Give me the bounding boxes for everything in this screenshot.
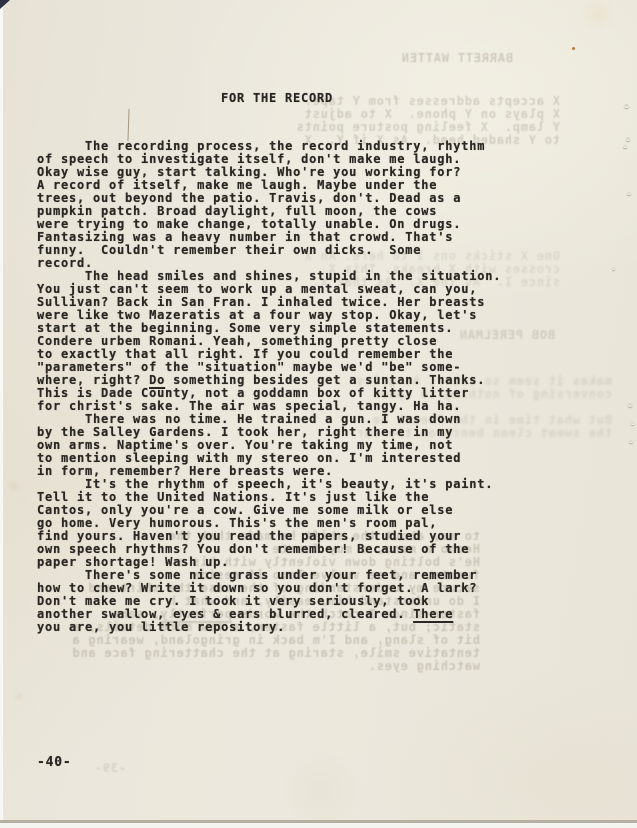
dust-speck [624,104,629,108]
dust-speck [628,403,632,407]
bleedthrough-line: bit of slang, and I'm back in gringoland… [68,634,480,647]
paper-fiber-mark [127,109,129,141]
paper-sheet: BARRETT WATTENX accepts addresses from Y… [0,0,637,822]
bleedthrough-line: X plays on Y phone. X to adjust [275,108,560,121]
dust-speck [623,145,627,148]
bleedthrough-line: watching eyes. [68,660,480,673]
dust-speck [629,440,633,443]
bleedthrough-line: Y lamp. X feeling posture points [275,121,560,134]
dust-speck [612,267,615,270]
bleedthrough-line: tentative smile, staring at the chatteri… [68,647,480,660]
page-title: FOR THE RECORD [221,92,333,105]
bleedthrough-line: -39- [86,762,126,775]
scanner-background [0,823,637,828]
scan-corner-mark [0,0,10,9]
stain-dot [572,47,575,50]
typed-line: funny. Couldn't remember their own dicks… [37,244,501,257]
dust-speck [627,192,631,195]
page-number: -40- [37,756,71,769]
scanned-document: BARRETT WATTENX accepts addresses from Y… [0,0,637,828]
typed-line: you are, you little repository. [37,621,501,634]
bleedthrough-author-header: BARRETT WATTEN [393,52,513,65]
typed-body-text: The recording process, the record indust… [37,140,501,634]
dust-speck [631,422,634,425]
bleedthrough-line: BARRETT WATTEN [393,52,513,65]
scan-edge-left [0,0,3,822]
dust-speck [626,137,630,141]
bleedthrough-page-number-back: -39- [86,762,126,775]
